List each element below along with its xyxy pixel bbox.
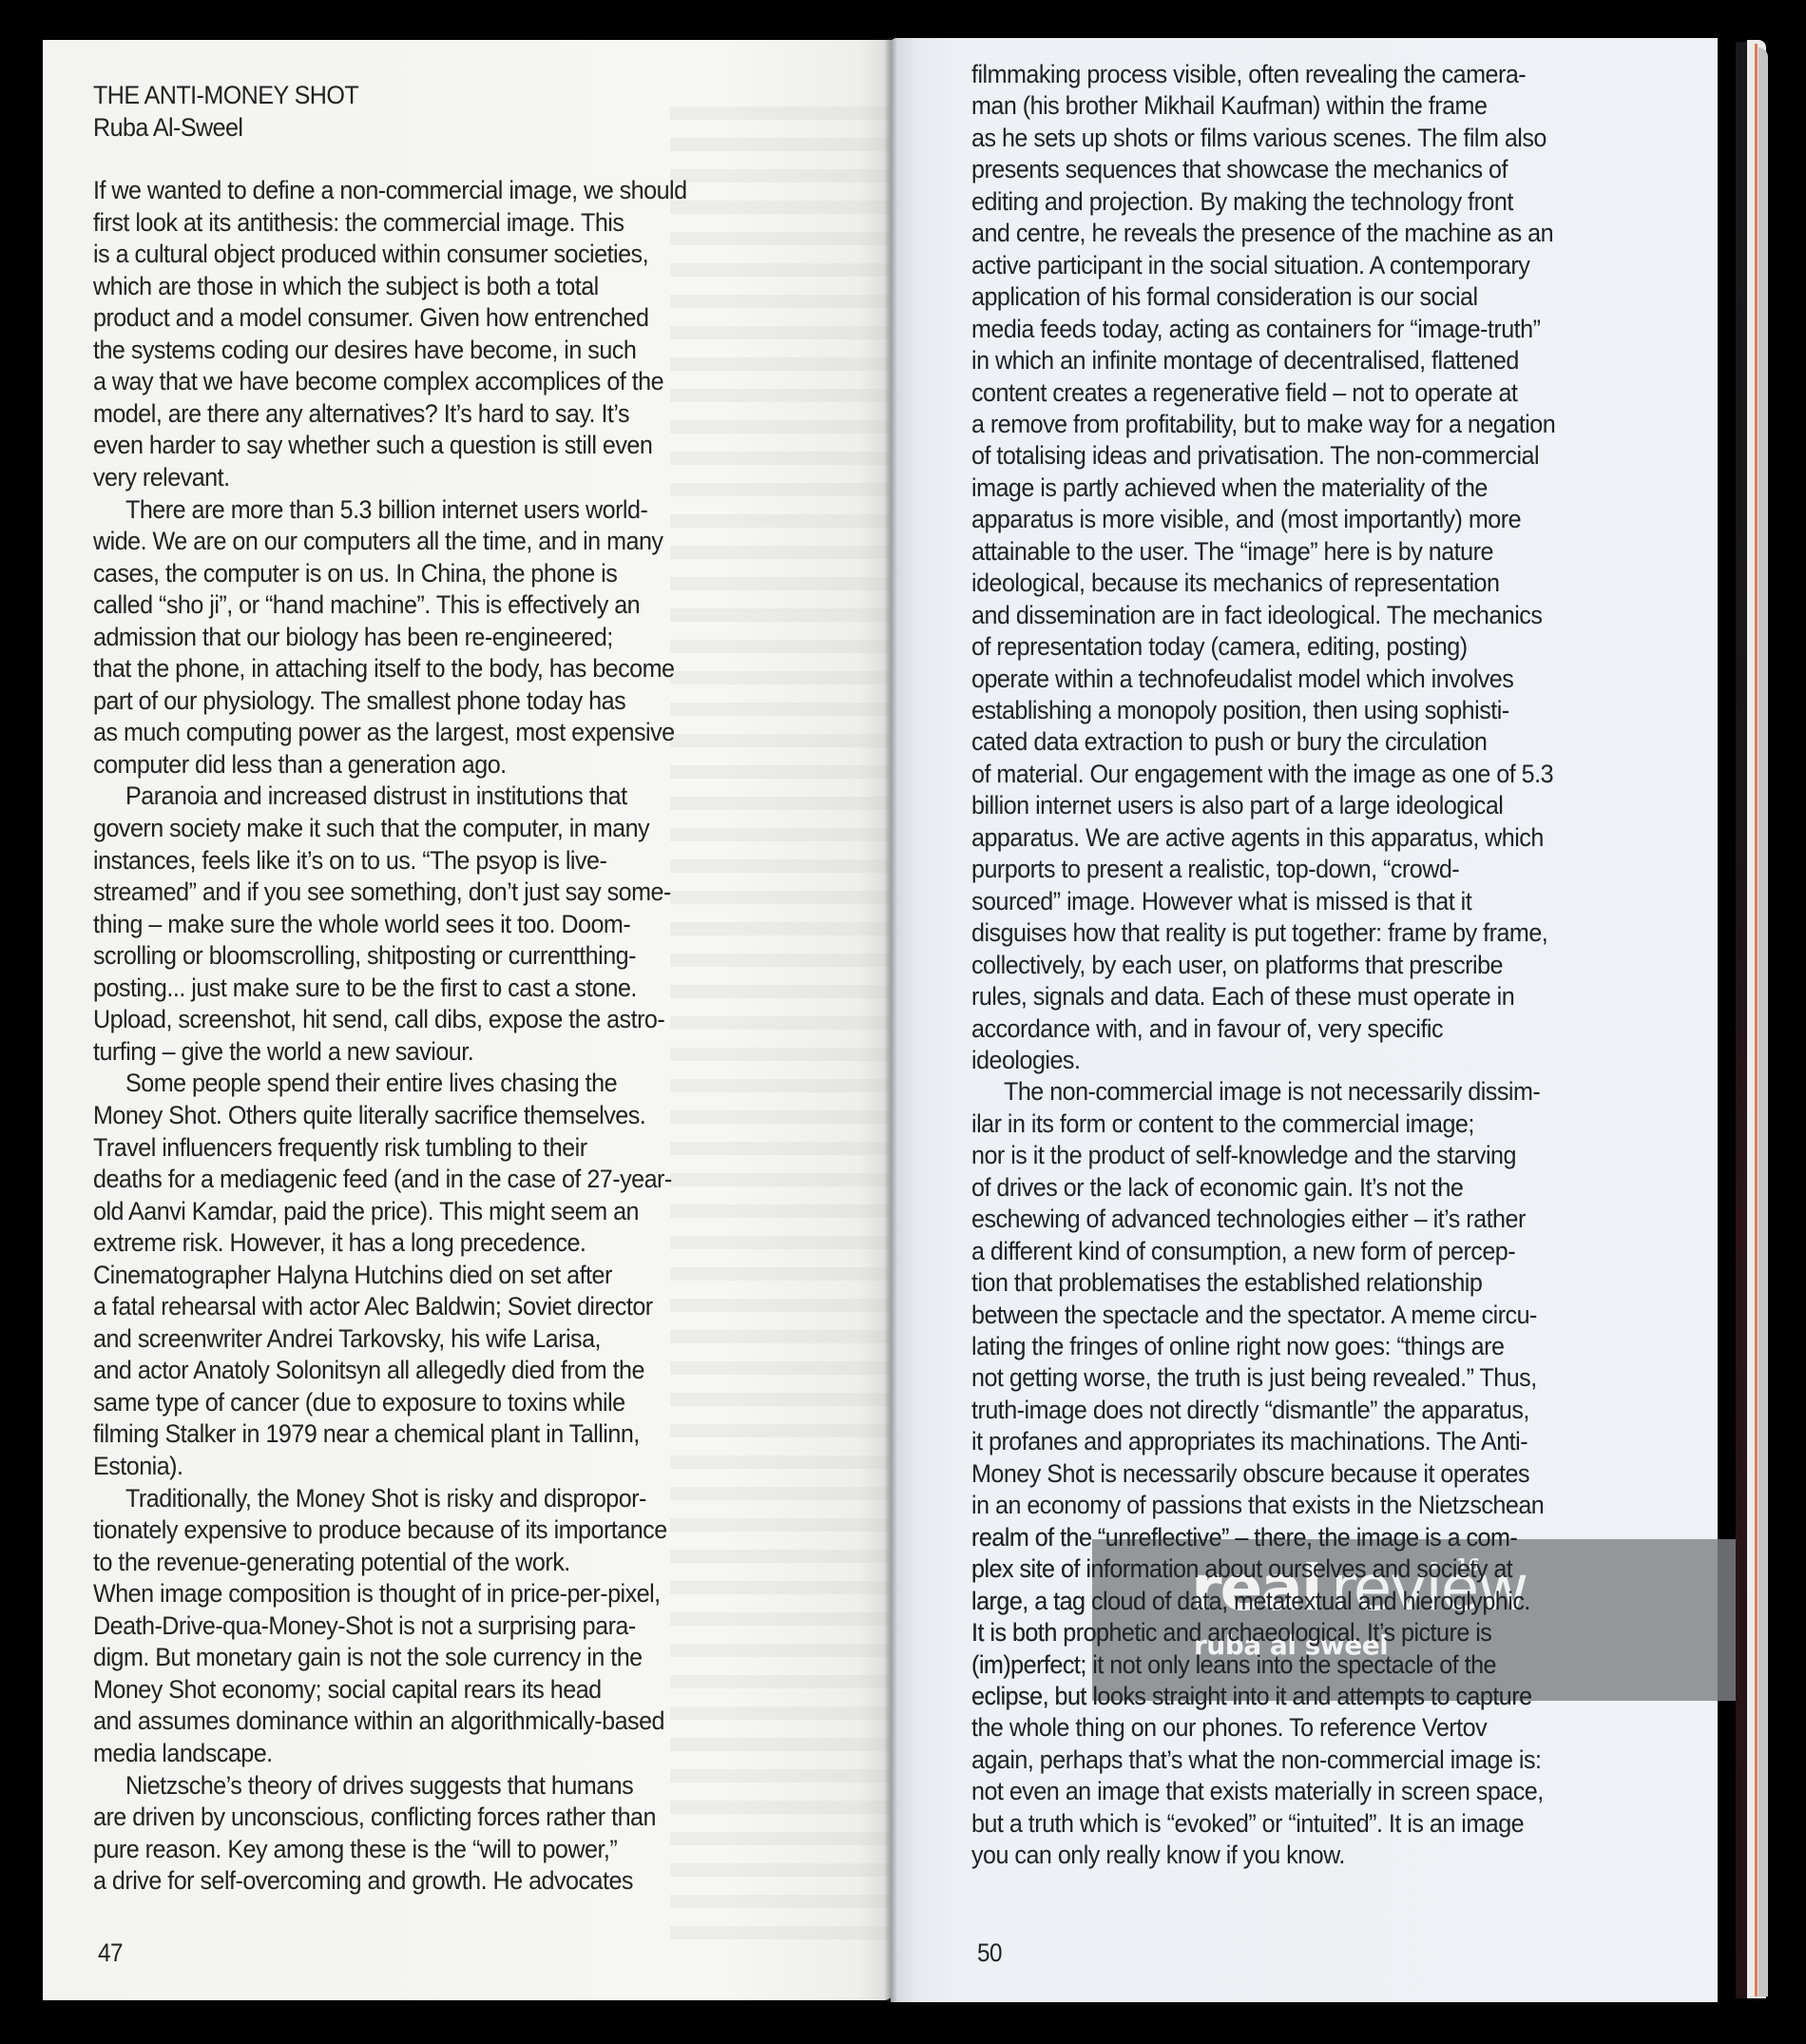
text-line: attainable to the user. The “image” here… (971, 536, 1493, 567)
book-spine (884, 38, 897, 2002)
text-line: a fatal rehearsal with actor Alec Baldwi… (93, 1291, 653, 1321)
page-edge-grey (1758, 48, 1768, 1996)
text-line: of drives or the lack of economic gain. … (971, 1172, 1463, 1203)
text-line: Money Shot. Others quite literally sacri… (93, 1100, 645, 1130)
text-line: man (his brother Mikhail Kaufman) within… (971, 90, 1487, 121)
text-line: as much computing power as the largest, … (93, 717, 675, 747)
text-line: ideologies. (971, 1045, 1080, 1075)
text-line: application of his formal consideration … (971, 281, 1478, 312)
text-line: it profanes and appropriates its machina… (971, 1426, 1527, 1456)
text-line: are driven by unconscious, conflicting f… (93, 1802, 656, 1832)
text-line: computer did less than a generation ago. (93, 749, 507, 780)
text-line: part of our physiology. The smallest pho… (93, 685, 625, 716)
text-line: operate within a technofeudalist model w… (971, 664, 1513, 694)
text-line: as he sets up shots or films various sce… (971, 123, 1547, 153)
text-line: filmmaking process visible, often reveal… (971, 59, 1526, 89)
text-line: rules, signals and data. Each of these m… (971, 981, 1514, 1012)
magazine-spread: THE ANTI-MONEY SHOT Ruba Al-Sweel If we … (0, 0, 1806, 2044)
text-line: cated data extraction to push or bury th… (971, 726, 1487, 757)
text-line: Death-Drive-qua-Money-Shot is not a surp… (93, 1610, 636, 1641)
page-edge-dark (1736, 42, 1747, 1998)
text-line: establishing a monopoly position, then u… (971, 695, 1509, 725)
text-line: When image composition is thought of in … (93, 1578, 661, 1609)
text-line: wide. We are on our computers all the ti… (93, 526, 663, 556)
text-line: is a cultural object produced within con… (93, 239, 648, 269)
text-line: which are those in which the subject is … (93, 271, 599, 301)
text-line: the whole thing on our phones. To refere… (971, 1712, 1487, 1743)
text-line: extreme risk. However, it has a long pre… (93, 1227, 586, 1258)
text-line: deaths for a mediagenic feed (and in the… (93, 1164, 672, 1194)
text-line: in an economy of passions that exists in… (971, 1490, 1544, 1520)
text-line: even harder to say whether such a questi… (93, 430, 652, 460)
page-number-left: 47 (98, 1938, 123, 1968)
text-line: Cinematographer Halyna Hutchins died on … (93, 1260, 612, 1290)
text-line: Upload, screenshot, hit send, call dibs,… (93, 1004, 664, 1034)
text-line: admission that our biology has been re-e… (93, 622, 613, 652)
text-line: tion that problematises the established … (971, 1267, 1482, 1298)
text-line: active participant in the social situati… (971, 250, 1529, 280)
text-line: very relevant. (93, 462, 230, 492)
text-line: Paranoia and increased distrust in insti… (125, 781, 627, 811)
text-line: tionately expensive to produce because o… (93, 1514, 667, 1545)
text-line-over-watermark: (im)perfect; it not only leans into the … (971, 1649, 1496, 1680)
text-line: a way that we have become complex accomp… (93, 366, 663, 396)
text-line: disguises how that reality is put togeth… (971, 917, 1547, 948)
text-line: apparatus. We are active agents in this … (971, 822, 1544, 853)
text-line: a different kind of consumption, a new f… (971, 1236, 1515, 1266)
text-line: and assumes dominance within an algorith… (93, 1706, 664, 1736)
text-line: pure reason. Key among these is the “wil… (93, 1834, 617, 1864)
text-line: govern society make it such that the com… (93, 813, 649, 843)
text-line: Estonia). (93, 1451, 183, 1481)
text-line: and screenwriter Andrei Tarkovsky, his w… (93, 1323, 601, 1354)
text-line: Money Shot is necessarily obscure becaus… (971, 1458, 1529, 1489)
text-line: truth-image does not directly “dismantle… (971, 1395, 1529, 1425)
text-line: eschewing of advanced technologies eithe… (971, 1204, 1526, 1234)
text-line: sourced” image. However what is missed i… (971, 886, 1471, 916)
text-line: Traditionally, the Money Shot is risky a… (125, 1483, 646, 1514)
text-line: image is partly achieved when the materi… (971, 472, 1488, 503)
article-title: THE ANTI-MONEY SHOT (93, 80, 358, 110)
text-line: not even an image that exists materially… (971, 1776, 1544, 1806)
text-line: model, are there any alternatives? It’s … (93, 398, 629, 429)
text-line: and actor Anatoly Solonitsyn all alleged… (93, 1355, 644, 1385)
text-line: same type of cancer (due to exposure to … (93, 1387, 625, 1417)
text-line: called “sho ji”, or “hand machine”. This… (93, 589, 640, 620)
text-line: scrolling or bloomscrolling, shitposting… (93, 940, 636, 971)
text-line: of material. Our engagement with the ima… (971, 759, 1553, 789)
text-line: nor is it the product of self-knowledge … (971, 1140, 1516, 1170)
text-line: Travel influencers frequently risk tumbl… (93, 1132, 587, 1163)
text-line: again, perhaps that’s what the non-comme… (971, 1745, 1541, 1775)
text-line: in which an infinite montage of decentra… (971, 345, 1519, 376)
text-line: filming Stalker in 1979 near a chemical … (93, 1418, 640, 1449)
text-line: apparatus is more visible, and (most imp… (971, 504, 1521, 534)
text-line: streamed” and if you see something, don’… (93, 877, 671, 907)
text-line: a remove from profitability, but to make… (971, 409, 1555, 439)
text-line: cases, the computer is on us. In China, … (93, 558, 617, 588)
text-line: Some people spend their entire lives cha… (125, 1068, 617, 1098)
text-line: not getting worse, the truth is just bei… (971, 1362, 1537, 1393)
text-line-over-watermark: plex site of information about ourselves… (971, 1553, 1512, 1584)
text-line: purports to present a realistic, top-dow… (971, 854, 1459, 884)
text-line: the systems coding our desires have beco… (93, 335, 636, 365)
text-line: thing – make sure the whole world sees i… (93, 909, 630, 939)
text-line: ideological, because its mechanics of re… (971, 568, 1499, 598)
text-line: old Aanvi Kamdar, paid the price). This … (93, 1196, 639, 1226)
text-line-over-watermark: realm of the “unreflective” – there, the… (971, 1522, 1517, 1552)
text-line: instances, feels like it’s on to us. “Th… (93, 845, 606, 876)
text-line: collectively, by each user, on platforms… (971, 950, 1503, 980)
text-line-over-watermark: large, a tag cloud of data, metatextual … (971, 1586, 1530, 1616)
text-line: Money Shot economy; social capital rears… (93, 1674, 602, 1705)
page-edge-orange (1755, 44, 1758, 1996)
text-line: media landscape. (93, 1738, 273, 1768)
page-number-right: 50 (977, 1938, 1002, 1968)
text-line: ilar in its form or content to the comme… (971, 1109, 1474, 1139)
text-line-over-watermark: eclipse, but looks straight into it and … (971, 1681, 1532, 1711)
text-line: digm. But monetary gain is not the sole … (93, 1642, 643, 1672)
text-line: content creates a regenerative field – n… (971, 377, 1517, 408)
text-line: between the spectacle and the spectator.… (971, 1300, 1537, 1330)
show-through-text (670, 97, 889, 1951)
text-line: presents sequences that showcase the mec… (971, 154, 1508, 184)
text-line: you can only really know if you know. (971, 1840, 1345, 1870)
text-line: product and a model consumer. Given how … (93, 302, 648, 333)
text-line: that the phone, in attaching itself to t… (93, 653, 674, 684)
text-line: first look at its antithesis: the commer… (93, 207, 624, 238)
text-line-over-watermark: It is both prophetic and archaeological.… (971, 1617, 1491, 1648)
text-line: billion internet users is also part of a… (971, 790, 1503, 820)
text-line: posting... just make sure to be the firs… (93, 973, 637, 1003)
article-author: Ruba Al-Sweel (93, 112, 242, 143)
text-line: of totalising ideas and privatisation. T… (971, 440, 1539, 471)
text-line: If we wanted to define a non-commercial … (93, 175, 687, 205)
text-line: to the revenue-generating potential of t… (93, 1547, 570, 1577)
left-page: THE ANTI-MONEY SHOT Ruba Al-Sweel If we … (43, 40, 893, 2000)
text-line: Nietzsche’s theory of drives suggests th… (125, 1770, 633, 1801)
text-line: of representation today (camera, editing… (971, 631, 1468, 662)
text-line: and dissemination are in fact ideologica… (971, 600, 1542, 630)
text-line: a drive for self-overcoming and growth. … (93, 1865, 633, 1896)
text-line: and centre, he reveals the presence of t… (971, 218, 1553, 248)
text-line: media feeds today, acting as containers … (971, 314, 1540, 344)
text-line: but a truth which is “evoked” or “intuit… (971, 1808, 1524, 1839)
text-line: The non-commercial image is not necessar… (1004, 1076, 1540, 1107)
text-line: There are more than 5.3 billion internet… (125, 494, 647, 525)
text-line: accordance with, and in favour of, very … (971, 1013, 1443, 1044)
text-line: editing and projection. By making the te… (971, 186, 1513, 217)
text-line: lating the fringes of online right now g… (971, 1331, 1504, 1361)
text-line: turfing – give the world a new saviour. (93, 1036, 473, 1067)
